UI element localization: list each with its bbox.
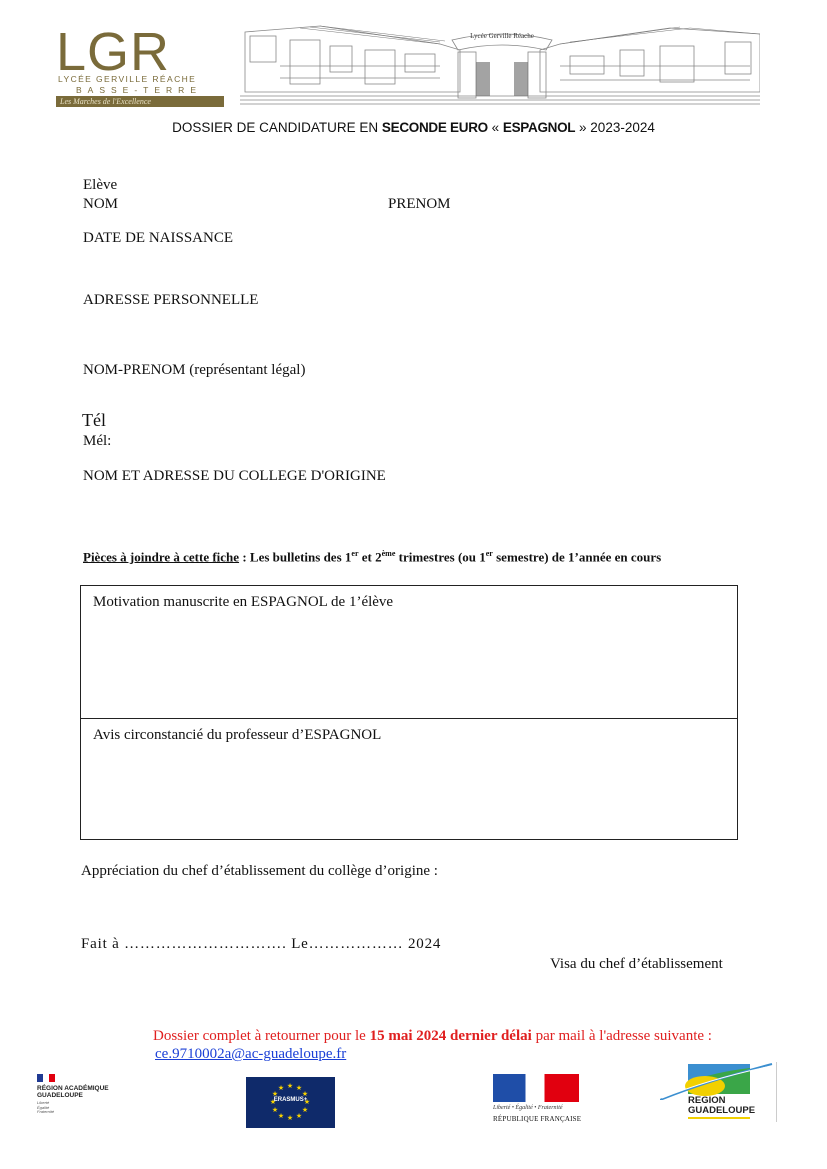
attachments-text: : Les bulletins des 1 [239, 549, 351, 564]
eleve-label: Elève [83, 177, 117, 194]
region-guadeloupe-line2: GUADELOUPE [688, 1106, 755, 1116]
tel-label: Tél [82, 410, 106, 431]
region-academique-logo: RÉGION ACADÉMIQUE GUADELOUPE Liberté Éga… [37, 1074, 127, 1122]
region-guadeloupe-underline [688, 1117, 750, 1119]
title-prefix: DOSSIER DE CANDIDATURE EN [172, 120, 378, 135]
title-seconde-euro: SECONDE EURO [382, 120, 488, 135]
school-logo: LGR LYCÉE GERVILLE RÉACHE BASSE-TERRE Le… [56, 30, 226, 108]
deadline-text: Dossier complet à retourner pour le [153, 1028, 370, 1044]
region-academique-motto: Liberté Égalité Fraternité [37, 1101, 54, 1115]
region-academique-line2: GUADELOUPE [37, 1092, 109, 1099]
region-guadeloupe-name: REGION GUADELOUPE [688, 1096, 755, 1116]
attachments-label: Pièces à joindre à cette fiche [83, 549, 239, 564]
principal-appreciation-label: Appréciation du chef d’établissement du … [81, 863, 438, 880]
school-building-illustration: Lycée Gerville Réache [240, 22, 760, 108]
erasmus-text: ERASMUS+ [246, 1097, 335, 1103]
republique-francaise-logo: Liberté • Égalité • Fraternité RÉPUBLIQU… [493, 1074, 583, 1126]
motivation-label: Motivation manuscrite en ESPAGNOL de 1’é… [93, 594, 393, 611]
sup-er: er [486, 549, 493, 558]
title-quote-close: » [579, 120, 587, 135]
logo-tagline: Les Marches de l'Excellence [56, 96, 224, 107]
logo-letters: LGR [56, 22, 170, 82]
date-naissance-label: DATE DE NAISSANCE [83, 230, 233, 247]
marianne-flag-icon [493, 1074, 579, 1102]
erasmus-logo: ★★★ ★★★ ★★★ ★★★ ERASMUS+ [246, 1077, 335, 1128]
contact-email-link[interactable]: ce.9710002a@ac-guadeloupe.fr [155, 1046, 346, 1063]
attachments-note: Pièces à joindre à cette fiche : Les bul… [83, 549, 661, 565]
teacher-opinion-label: Avis circonstancié du professeur d’ESPAG… [93, 727, 381, 744]
title-quote-open: « [492, 120, 500, 135]
svg-text:★: ★ [287, 1114, 293, 1122]
republique-motto: Liberté • Égalité • Fraternité [493, 1105, 563, 1111]
mel-label: Mél: [83, 433, 111, 450]
page-title: DOSSIER DE CANDIDATURE EN SECONDE EURO «… [0, 120, 827, 135]
attachments-text: semestre) de 1’année en cours [493, 549, 661, 564]
svg-text:★: ★ [278, 1112, 284, 1120]
region-guadeloupe-logo: REGION GUADELOUPE [660, 1060, 775, 1125]
assessment-boxes: Motivation manuscrite en ESPAGNOL de 1’é… [80, 585, 738, 840]
place-date-line: Fait à …………………………. Le……………… 2024 [81, 936, 441, 953]
title-language: ESPAGNOL [503, 120, 575, 135]
college-label: NOM ET ADRESSE DU COLLEGE D'ORIGINE [83, 468, 386, 485]
prenom-label: PRENOM [388, 196, 451, 213]
svg-text:★: ★ [278, 1084, 284, 1092]
title-year: 2023-2024 [590, 120, 655, 135]
logo-school-name: LYCÉE GERVILLE RÉACHE [58, 74, 196, 84]
french-flag-icon [37, 1074, 55, 1082]
motivation-box[interactable]: Motivation manuscrite en ESPAGNOL de 1’é… [80, 585, 738, 719]
divider [776, 1062, 777, 1122]
region-academique-name: RÉGION ACADÉMIQUE GUADELOUPE [37, 1085, 109, 1099]
deadline-notice: Dossier complet à retourner pour le 15 m… [153, 1028, 712, 1045]
svg-text:★: ★ [287, 1082, 293, 1090]
attachments-text: et 2 [359, 549, 382, 564]
svg-text:★: ★ [296, 1112, 302, 1120]
sup-er: er [351, 549, 358, 558]
teacher-opinion-box[interactable]: Avis circonstancié du professeur d’ESPAG… [80, 718, 738, 840]
sup-eme: ème [382, 549, 396, 558]
deadline-text: par mail à l'adresse suivante : [532, 1028, 712, 1044]
representant-label: NOM-PRENOM (représentant légal) [83, 362, 305, 379]
nom-label: NOM [83, 196, 118, 213]
adresse-label: ADRESSE PERSONNELLE [83, 292, 258, 309]
deadline-date: 15 mai 2024 dernier délai [370, 1028, 532, 1044]
svg-text:★: ★ [272, 1106, 278, 1114]
svg-text:★: ★ [302, 1106, 308, 1114]
republique-name: RÉPUBLIQUE FRANÇAISE [493, 1115, 581, 1123]
principal-visa-label: Visa du chef d’établissement [550, 956, 723, 973]
building-sign-text: Lycée Gerville Réache [470, 32, 534, 40]
motto-fraternite: Fraternité [37, 1110, 54, 1115]
logo-city: BASSE-TERRE [76, 85, 202, 95]
attachments-text: trimestres (ou 1 [395, 549, 485, 564]
region-guadeloupe-emblem-icon [660, 1060, 775, 1100]
region-academique-line1: RÉGION ACADÉMIQUE [37, 1085, 109, 1092]
